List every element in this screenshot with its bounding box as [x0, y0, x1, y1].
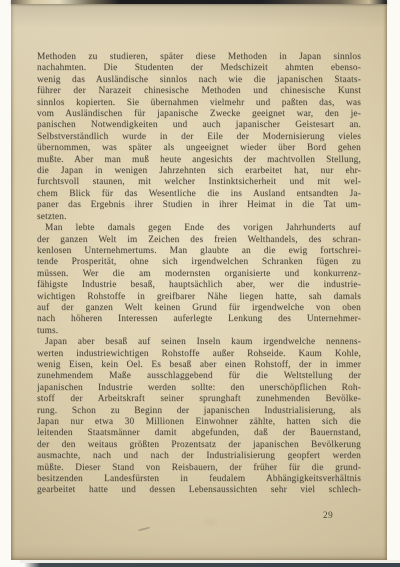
text-line: chem Blick für das Wesentliche die ins A… [37, 189, 361, 200]
paragraph: Japan aber besaß auf seinen Inseln kaum … [37, 337, 361, 497]
scan-top-edge [11, 0, 387, 4]
text-line: Japan aber besaß auf seinen Inseln kaum … [37, 337, 361, 348]
text-line: setzten. [37, 212, 361, 223]
text-line: furchtsvoll staunen, mit welcher Instink… [37, 177, 361, 188]
text-line: stoff der Arbeitskraft seiner sprunghaft… [37, 394, 361, 405]
text-line: Japan nur etwa 30 Millionen Einwohner zä… [37, 417, 361, 428]
scan-bottom-edge [24, 563, 400, 567]
text-line: der den weitaus größten Prozentsatz der … [37, 440, 361, 451]
text-line: vom Ausländischen für japanische Zwecke … [37, 109, 361, 120]
paragraph: Man lebte damals gegen Ende des vorigen … [37, 223, 361, 337]
text-line: Selbstverständlich wurde in der Eile der… [37, 132, 361, 143]
text-line: Methoden zu studieren, später diese Meth… [37, 52, 361, 63]
text-line: japanischen Industrie werden sollte: den… [37, 383, 361, 394]
book-page-scan: Methoden zu studieren, später diese Meth… [0, 0, 400, 567]
text-line: besitzenden Landesfürsten in feudalem Ab… [37, 474, 361, 485]
text-line: tums. [37, 326, 361, 337]
text-line: mußte. Aber man muß heute angesichts der… [37, 155, 361, 166]
text-line: der ganzen Welt im Zeichen des freien We… [37, 235, 361, 246]
text-line: wenig das Ausländische sinnlos nach wie … [37, 75, 361, 86]
text-line: sinnlos kopierten. Sie übernahmen vielme… [37, 98, 361, 109]
text-line: zunehmendem Maße ausschlaggebend für die… [37, 371, 361, 382]
text-line: übernommen, was später als ungeeignet wi… [37, 143, 361, 154]
text-line: wichtigen Rohstoffe in greifbarer Nähe l… [37, 292, 361, 303]
paragraph: Methoden zu studieren, später diese Meth… [37, 52, 361, 223]
text-line: wenig Eisen, kein Oel. Es besaß aber ein… [37, 360, 361, 371]
text-line: fähigste Industrie besaß, hauptsächlich … [37, 280, 361, 291]
text-line: nach höheren Interessen auferlegte Lenku… [37, 314, 361, 325]
text-line: die Japan in wenigen Jahrzehnten sich er… [37, 166, 361, 177]
text-line: gearbeitet hatte und dessen Lebensaussic… [37, 485, 361, 496]
text-line: nachahmten. Die Studenten der Medschizei… [37, 63, 361, 74]
text-line: leitenden Staatsmänner damit abgefunden,… [37, 428, 361, 439]
text-line: müßte. Dieser Stand von Reisbauern, der … [37, 463, 361, 474]
text-line: tende Prosperität, ohne sich irgendwelch… [37, 257, 361, 268]
text-line: müssen. Wer die am modernsten organisier… [37, 269, 361, 280]
text-line: führer der Narazeit chinesische Methoden… [37, 86, 361, 97]
text-line: auf der ganzen Welt keinen Grund für irg… [37, 303, 361, 314]
scratch-mark [138, 527, 150, 531]
text-line: werten industriewichtigen Rohstoffe auße… [37, 349, 361, 360]
page-number: 29 [323, 510, 353, 520]
text-line: rung. Schon zu Beginn der japanischen In… [37, 406, 361, 417]
text-line: kenlosen Unternehmertums. Man glaubte an… [37, 246, 361, 257]
text-line: Man lebte damals gegen Ende des vorigen … [37, 223, 361, 234]
text-line: panischen Notwendigkeiten und auch japan… [37, 120, 361, 131]
book-page: Methoden zu studieren, später diese Meth… [11, 2, 387, 560]
text-line: paner das Ergebnis ihrer Studien in ihre… [37, 200, 361, 211]
text-line: ausmachte, nach und nach der Industriali… [37, 451, 361, 462]
page-text: Methoden zu studieren, später diese Meth… [37, 52, 361, 497]
